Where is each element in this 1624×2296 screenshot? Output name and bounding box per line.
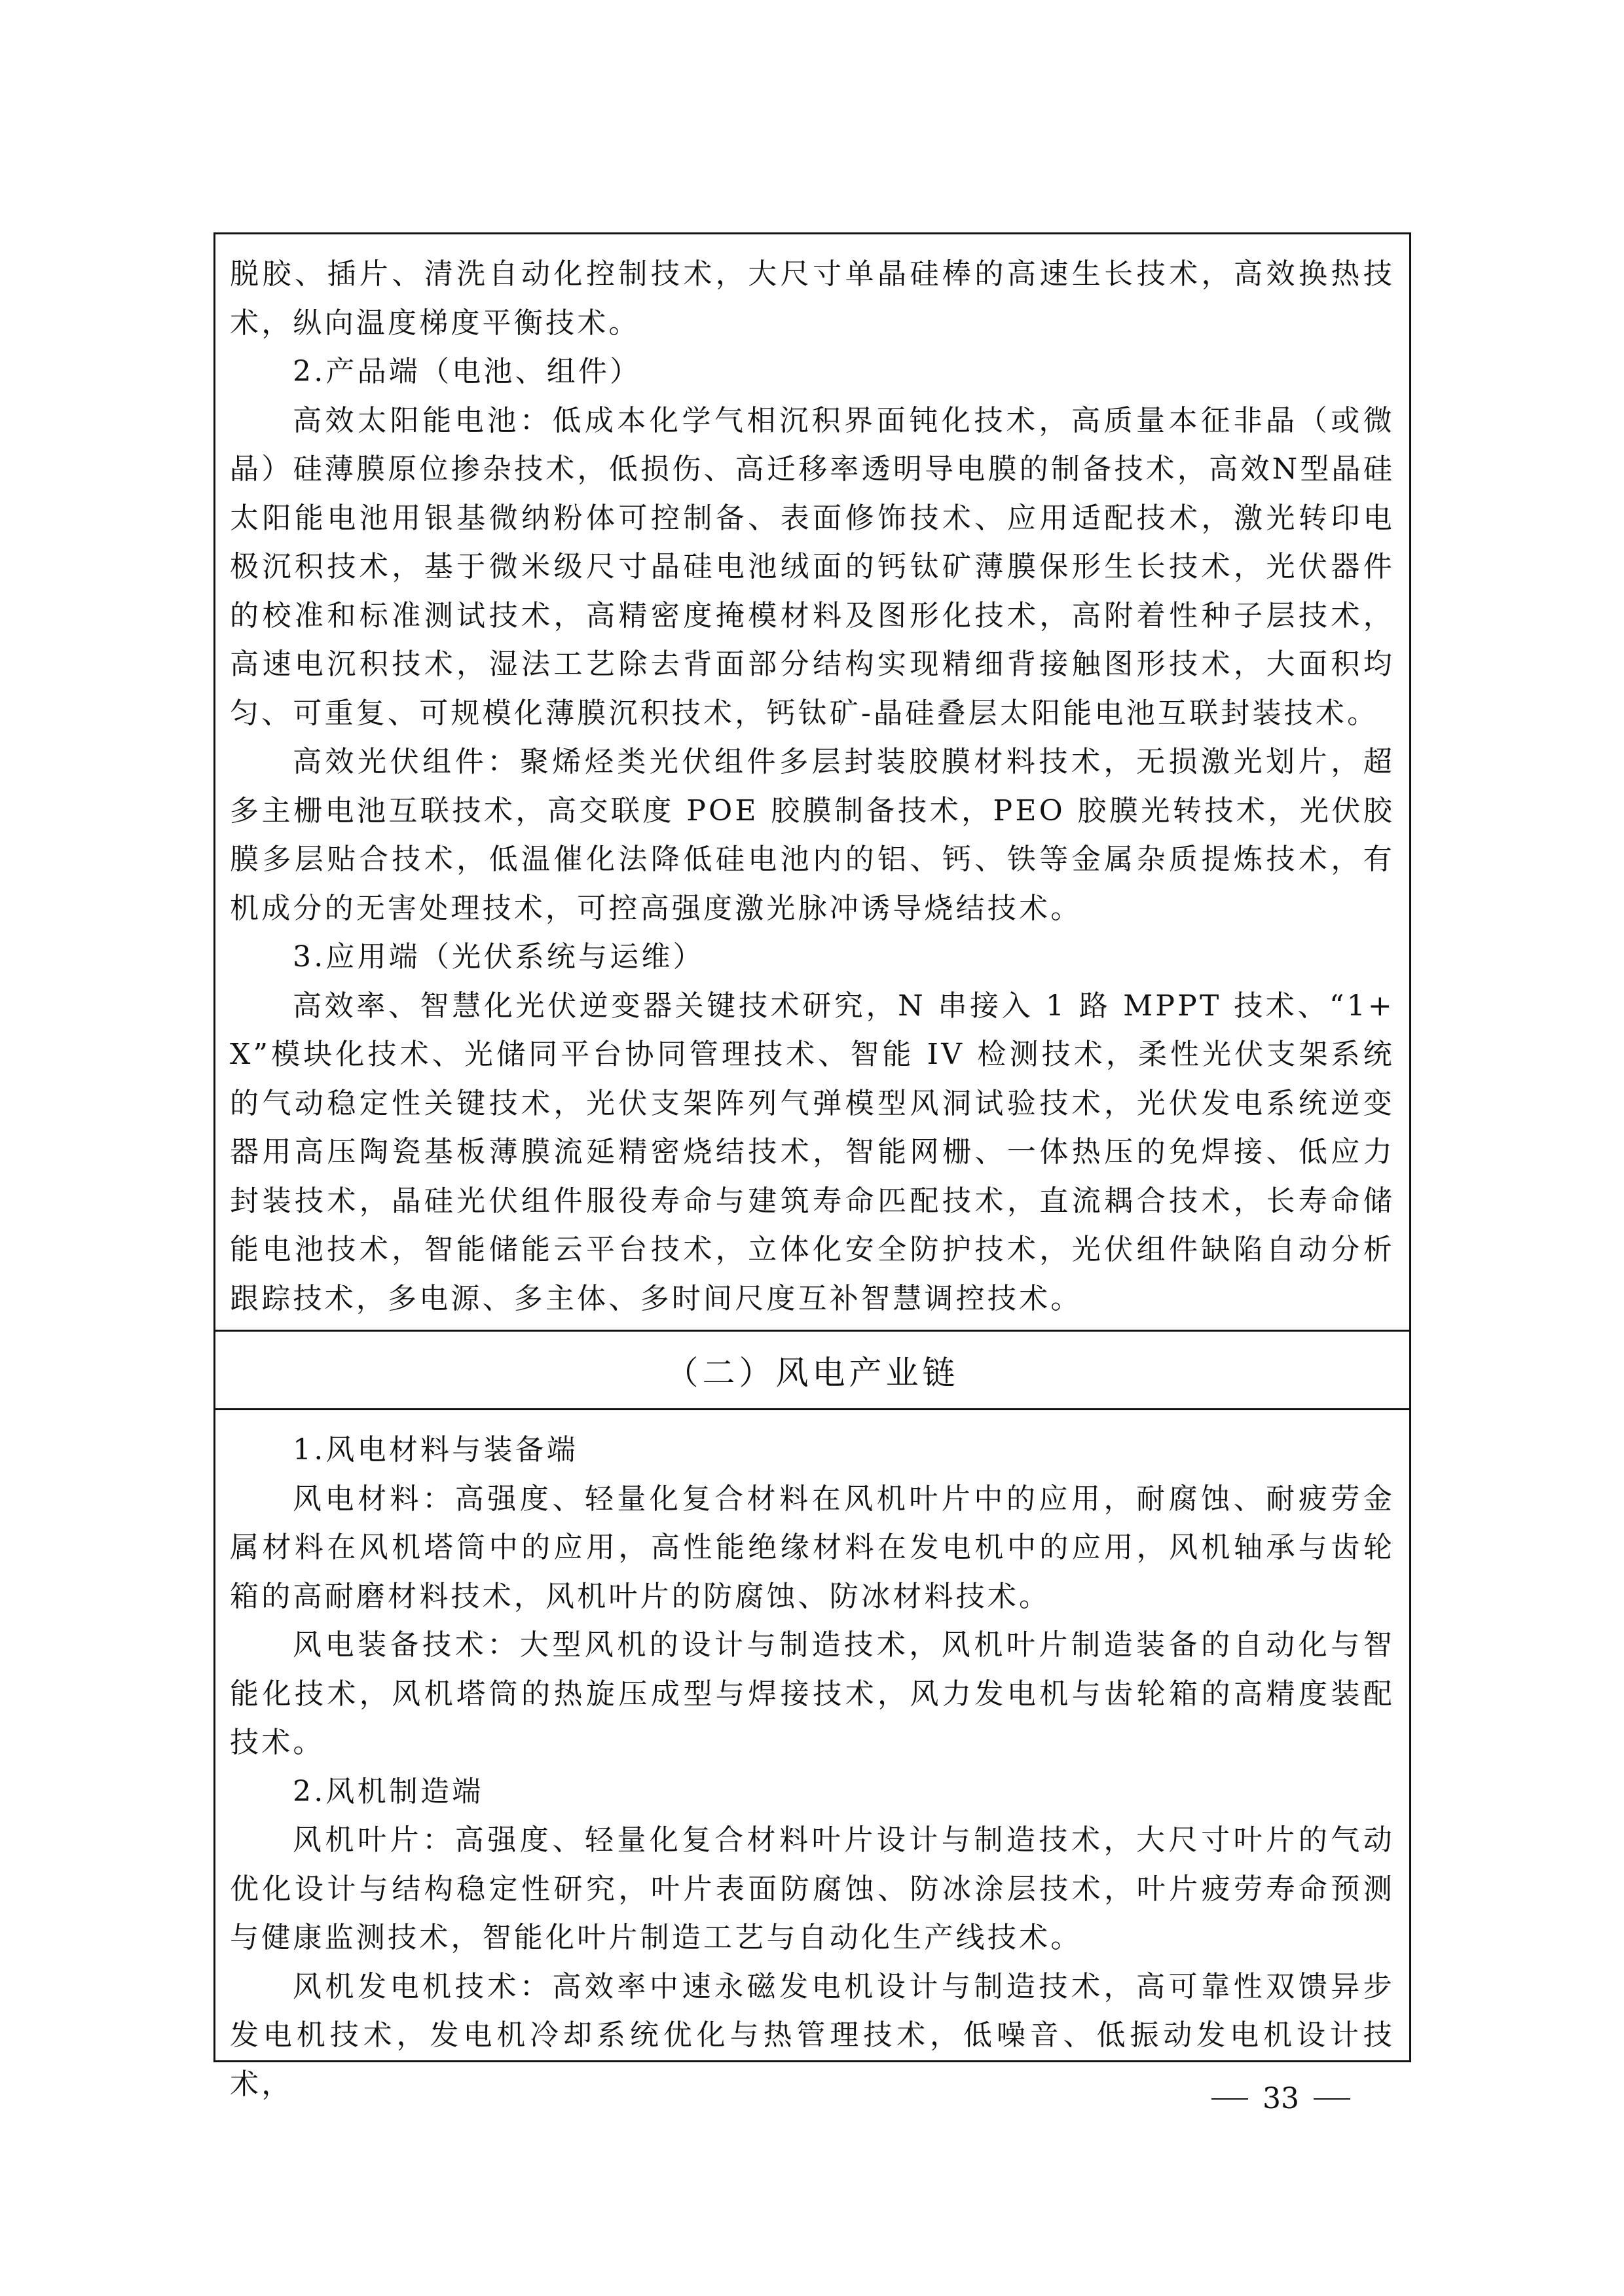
section-heading: （二）风电产业链 — [666, 1347, 959, 1394]
subheading-turbine-manufacturing: 2.风机制造端 — [230, 1768, 1395, 1817]
paragraph-pv-modules: 高效光伏组件：聚烯烃类光伏组件多层封装胶膜材料技术，无损激光划片，超多主栅电池互… — [230, 738, 1395, 933]
page-number-value: 33 — [1263, 2082, 1299, 2115]
paragraph-wind-equipment: 风电装备技术：大型风机的设计与制造技术，风机叶片制造装备的自动化与智能化技术，风… — [230, 1621, 1395, 1768]
subheading-materials-equipment: 1.风电材料与装备端 — [230, 1426, 1395, 1475]
subheading-product-end: 2.产品端（电池、组件） — [230, 348, 1395, 397]
paragraph-wind-materials: 风电材料：高强度、轻量化复合材料在风机叶片中的应用，耐腐蚀、耐疲劳金属材料在风机… — [230, 1475, 1395, 1622]
photovoltaic-section-cell: 脱胶、插片、清洗自动化控制技术，大尺寸单晶硅棒的高速生长技术，高效换热技术，纵向… — [215, 234, 1409, 1332]
content-table: 脱胶、插片、清洗自动化控制技术，大尺寸单晶硅棒的高速生长技术，高效换热技术，纵向… — [213, 232, 1411, 2062]
wind-section-heading-cell: （二）风电产业链 — [215, 1332, 1409, 1410]
wind-section-cell: 1.风电材料与装备端 风电材料：高强度、轻量化复合材料在风机叶片中的应用，耐腐蚀… — [215, 1410, 1409, 2060]
paragraph-solar-cells: 高效太阳能电池：低成本化学气相沉积界面钝化技术，高质量本征非晶（或微晶）硅薄膜原… — [230, 397, 1395, 738]
dash-right — [1314, 2098, 1350, 2100]
dash-left — [1211, 2098, 1248, 2100]
paragraph-continuation: 脱胶、插片、清洗自动化控制技术，大尺寸单晶硅棒的高速生长技术，高效换热技术，纵向… — [230, 250, 1395, 348]
paragraph-turbine-blades: 风机叶片：高强度、轻量化复合材料叶片设计与制造技术，大尺寸叶片的气动优化设计与结… — [230, 1816, 1395, 1963]
paragraph-pv-systems: 高效率、智慧化光伏逆变器关键技术研究，N 串接入 1 路 MPPT 技术、“1+… — [230, 982, 1395, 1324]
page-number: 33 — [1211, 2082, 1350, 2115]
subheading-application-end: 3.应用端（光伏系统与运维） — [230, 933, 1395, 982]
